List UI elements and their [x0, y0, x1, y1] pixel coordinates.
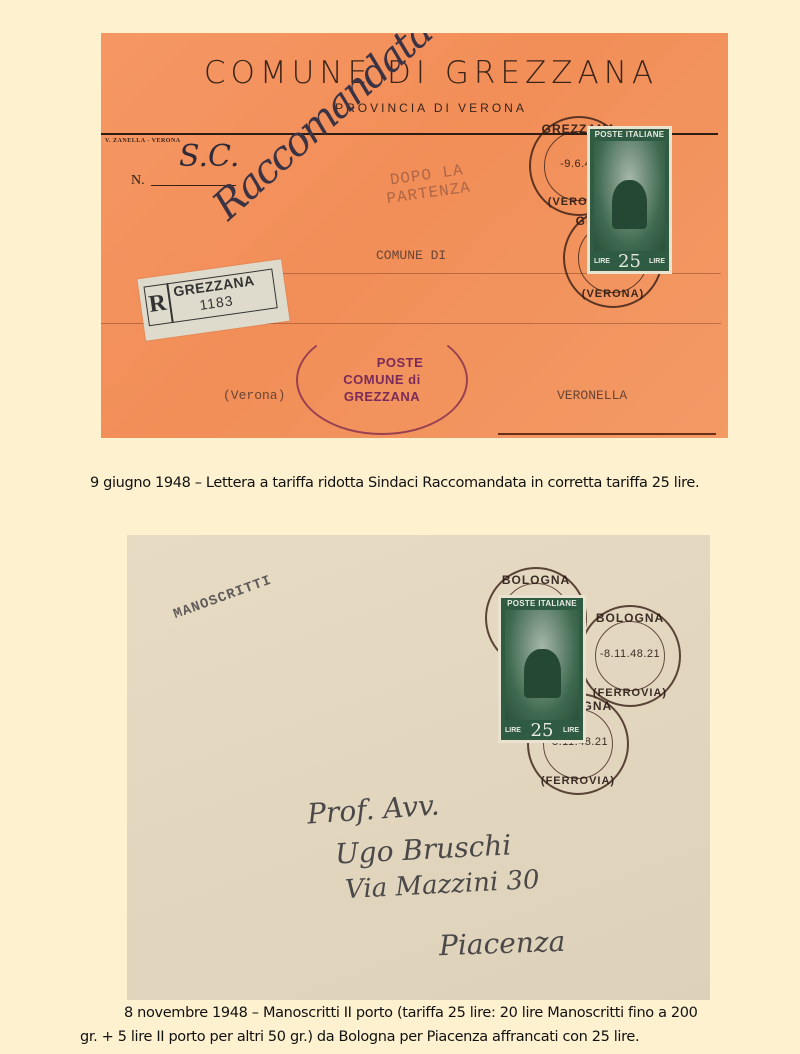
stamp-header: POSTE ITALIANE: [501, 598, 583, 608]
stamp-tree-icon: [524, 649, 561, 699]
registration-label: R GREZZANA 1183: [137, 259, 289, 341]
address-line-city: Piacenza: [438, 925, 565, 962]
postmark-station: (FERROVIA): [529, 775, 627, 787]
address-line-street: Via Mazzini 30: [344, 865, 540, 905]
oval-cachet-poste-comune: POSTE COMUNE di GREZZANA: [296, 325, 468, 435]
postmark-province: (VERONA): [565, 288, 661, 300]
stamp-vignette: [594, 141, 665, 251]
stamp-tree-icon: [612, 180, 648, 230]
stamp-value: 25: [531, 720, 554, 741]
address-line-title: Prof. Avv.: [306, 788, 441, 830]
number-label: N.: [131, 173, 145, 189]
cover-bologna-envelope: MANOSCRITTI BOLOGNA -8.11.48.21 (FERROVI…: [127, 535, 710, 1000]
caption-cover-2-line-2: gr. + 5 lire II porto per altri 50 gr.) …: [80, 1029, 639, 1045]
number-value-handwritten: S.C.: [179, 139, 239, 174]
stamp-currency: LIRE: [563, 727, 579, 734]
address-destination: VERONELLA: [557, 388, 627, 403]
manoscritti-handstamp: MANOSCRITTI: [172, 573, 275, 623]
postmark-office: BOLOGNA: [487, 573, 585, 587]
stamp-currency: LIRE: [594, 258, 610, 265]
faint-cachet-dopo-la-partenza: DOPO LA PARTENZA: [389, 161, 472, 208]
postmark-date: -8.11.48.21: [581, 648, 679, 660]
address-double-rule: [498, 433, 716, 435]
stamp-value: 25: [618, 251, 641, 272]
cachet-line: POSTE: [316, 355, 484, 370]
stamp-currency: LIRE: [505, 727, 521, 734]
address-comune: COMUNE DI: [376, 248, 446, 263]
postmark-office: BOLOGNA: [581, 611, 679, 625]
letterhead-title: COMUNE DI GREZZANA: [171, 55, 691, 91]
postmark-bologna-ferrovia: BOLOGNA -8.11.48.21 (FERROVIA): [579, 605, 681, 707]
postage-stamp-25-lire: POSTE ITALIANE LIRE 25 LIRE: [498, 595, 586, 743]
stamp-currency: LIRE: [649, 258, 665, 265]
address-province: (Verona): [223, 388, 285, 403]
caption-cover-1: 9 giugno 1948 – Lettera a tariffa ridott…: [90, 475, 699, 491]
cover-grezzana-envelope: COMUNE DI GREZZANA PROVINCIA DI VERONA V…: [101, 33, 728, 438]
address-line-name: Ugo Bruschi: [334, 828, 512, 870]
cachet-line: GREZZANA: [298, 389, 466, 404]
postage-stamp-25-lire: POSTE ITALIANE LIRE 25 LIRE: [587, 126, 672, 274]
stamp-vignette: [505, 610, 579, 720]
caption-cover-2-line-1: 8 novembre 1948 – Manoscritti II porto (…: [124, 1005, 698, 1021]
stamp-footer: LIRE 25 LIRE: [590, 251, 669, 271]
printer-imprint: V. ZANELLA - VERONA: [105, 138, 181, 144]
letterhead-subtitle: PROVINCIA DI VERONA: [171, 101, 691, 115]
stamp-footer: LIRE 25 LIRE: [501, 720, 583, 740]
registration-letter: R: [147, 290, 168, 319]
cachet-line: COMUNE di: [298, 372, 466, 387]
stamp-header: POSTE ITALIANE: [590, 129, 669, 139]
